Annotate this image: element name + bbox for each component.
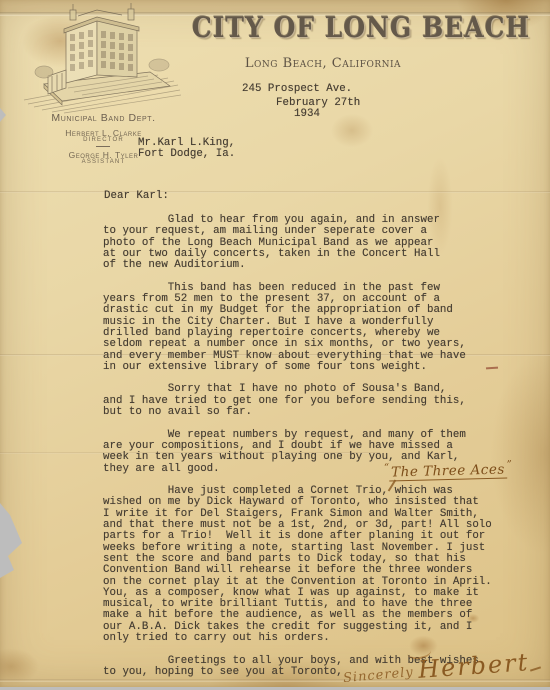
annotation-close-quote: ” (507, 459, 512, 470)
letterhead-title: CITY OF LONG BEACH (185, 11, 537, 43)
department-name: Municipal Band Dept. (26, 112, 181, 124)
handwritten-annotation: “The Three Aces” (384, 459, 512, 480)
signature-flourish (530, 666, 541, 671)
letter-paper: CITY OF LONG BEACH Long Beach, Californi… (0, 0, 550, 687)
letter-body: Glad to hear from you again, and in answ… (103, 215, 492, 678)
date-line-2: 1934 (276, 109, 360, 120)
paper-crease (0, 191, 550, 193)
building-illustration (18, 2, 183, 114)
date-line-1: February 27th (276, 97, 360, 109)
annotation-text: The Three Aces (389, 461, 507, 481)
scanned-letter-page: { "colors": { "background": "#bdbdbd", "… (0, 0, 550, 690)
salutation: Dear Karl: (104, 191, 169, 202)
recipient-address: Mr.Karl L.King, Fort Dodge, Ia. (138, 138, 235, 161)
letterhead-divider (96, 146, 110, 147)
letter-date: February 27th1934 (276, 98, 360, 121)
letterhead-address: 245 Prospect Ave. (242, 84, 352, 95)
letterhead-city-line: Long Beach, California (187, 56, 459, 71)
